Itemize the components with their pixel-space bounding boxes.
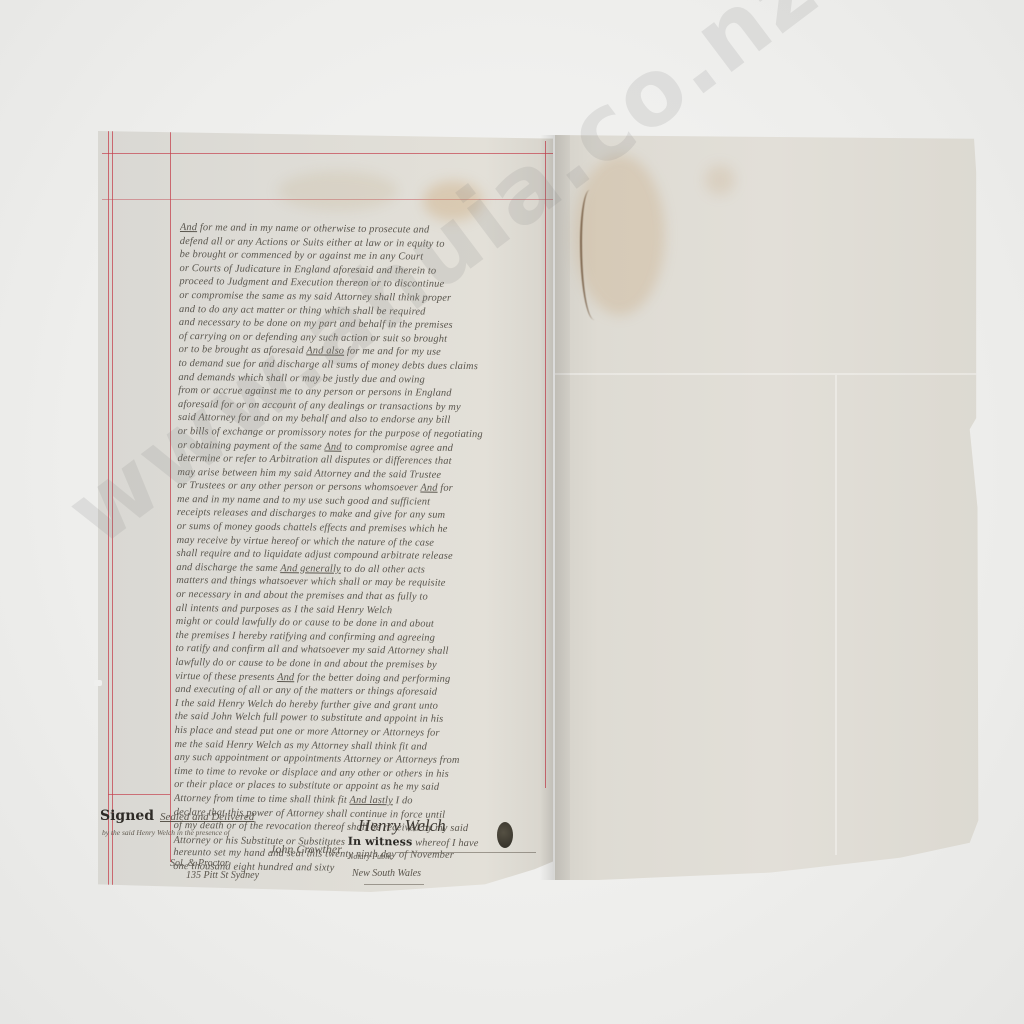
header-rule <box>102 153 553 154</box>
margin-rule-outer <box>108 131 109 892</box>
signature-line <box>396 852 536 853</box>
page-notch <box>94 680 102 686</box>
fold-line-vertical <box>835 375 837 855</box>
document-photo: And for me and in my name or otherwise t… <box>0 0 1024 1024</box>
margin-box-bottom <box>108 794 170 795</box>
water-stain <box>278 171 398 211</box>
presence-line: by the said Henry Welch in the presence … <box>102 828 230 837</box>
signature-block: Signed Sealed and Delivered by the said … <box>100 808 550 898</box>
water-stain <box>705 165 735 195</box>
witness-signature: John Crowther <box>270 842 342 857</box>
sealed-delivered-text: Sealed and Delivered <box>160 811 254 823</box>
margin-rule-inner <box>112 131 113 892</box>
witness-address: 135 Pitt St Sydney <box>186 870 259 881</box>
principal-signature: Henry Welch <box>358 816 446 836</box>
margin-rule-text <box>170 131 171 862</box>
witness-line <box>364 884 424 885</box>
witness-occupation: Sol. & Proctor <box>170 858 229 869</box>
witness-title: Notary Public <box>348 852 393 861</box>
right-page <box>555 135 987 880</box>
fold-line-horizontal <box>555 373 987 375</box>
spine-shadow <box>540 135 570 880</box>
water-stain <box>423 181 483 221</box>
wax-seal <box>497 822 513 848</box>
deed-body-text: And for me and in my name or otherwise t… <box>173 221 540 877</box>
witness-location: New South Wales <box>352 868 421 879</box>
signed-heading: Signed <box>100 808 154 824</box>
